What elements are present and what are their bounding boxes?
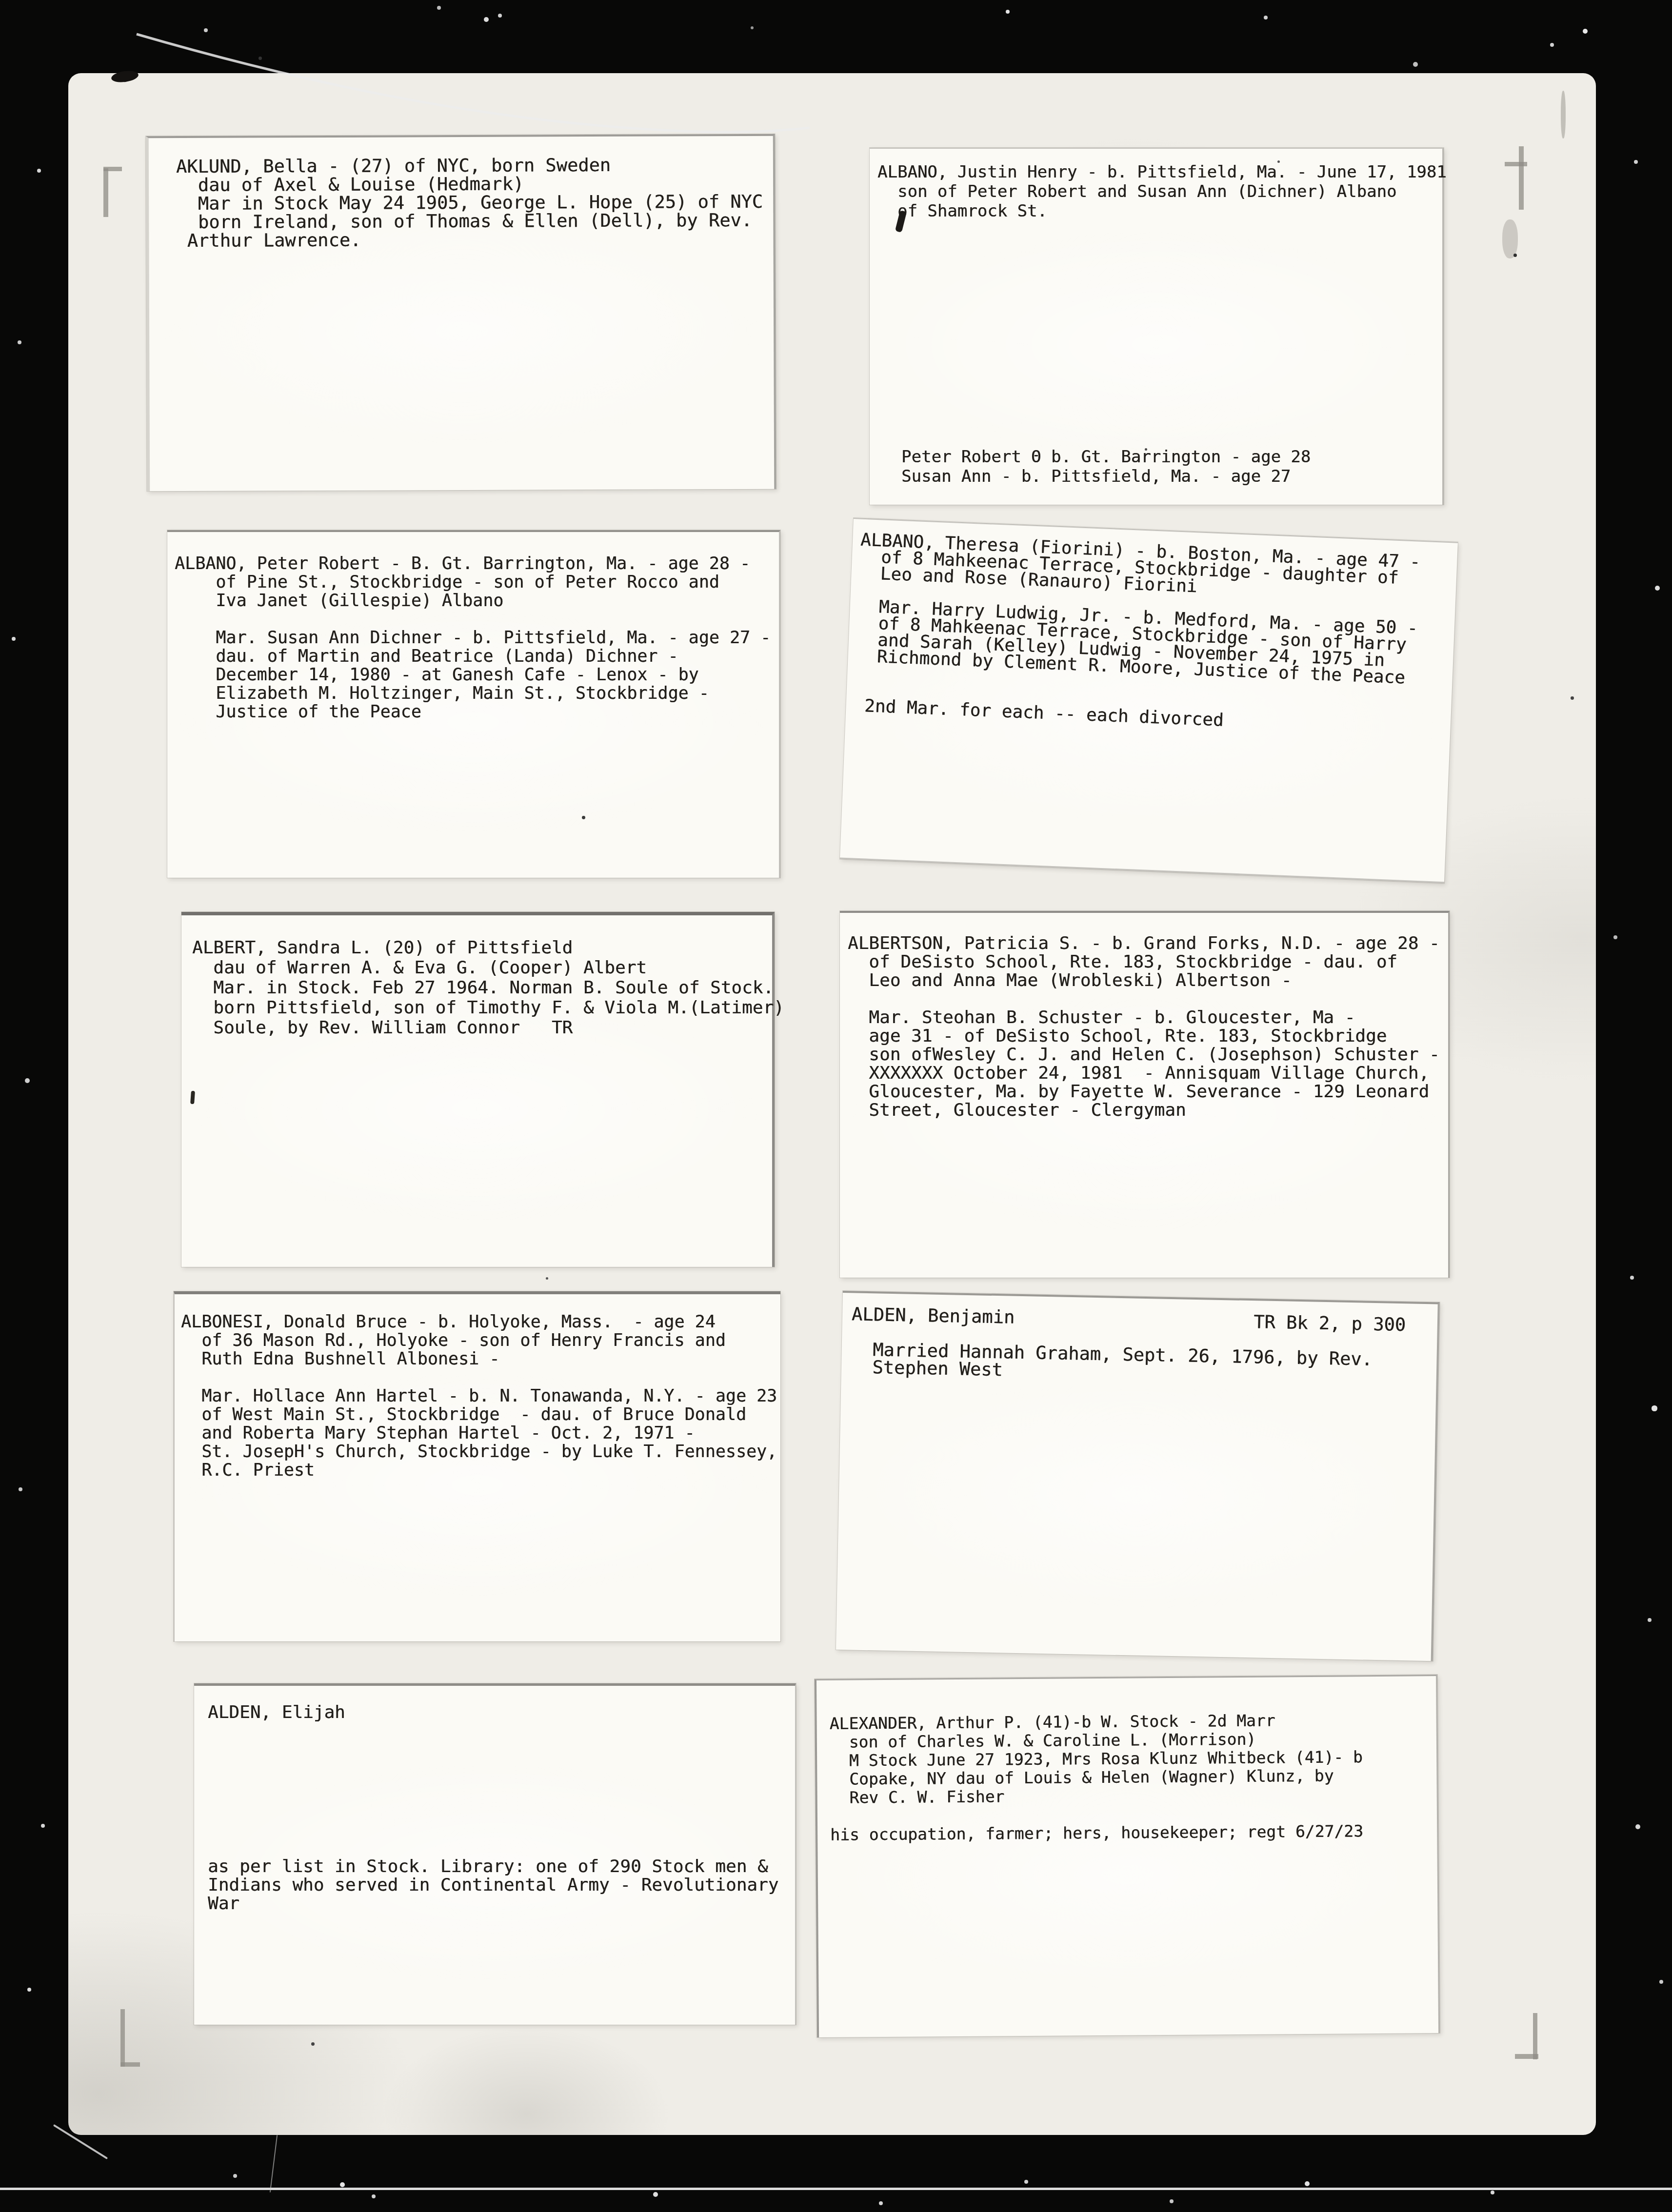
card-footer-text: as per list in Stock. Library: one of 29…: [208, 1857, 778, 1913]
registration-mark: [1515, 2054, 1538, 2059]
index-card-albert-sandra: ALBERT, Sandra L. (20) of Pittsfield dau…: [181, 912, 775, 1267]
index-card-albano-justin-henry: ALBANO, Justin Henry - b. Pittsfield, Ma…: [870, 148, 1444, 505]
registration-mark: [1533, 2013, 1537, 2059]
index-card-alden-elijah: ALDEN, Elijah as per list in Stock. Libr…: [194, 1683, 796, 2025]
card-text: ALBONESI, Donald Bruce - b. Holyoke, Mas…: [175, 1294, 780, 1480]
card-text: ALBANO, Peter Robert - B. Gt. Barrington…: [167, 532, 779, 721]
film-scratch-line: [0, 2188, 1672, 2190]
registration-mark: [120, 2062, 140, 2067]
page-smudge: [1502, 219, 1518, 258]
card-footer-text: Peter Robert Θ b. Gt. Barrington - age 2…: [901, 447, 1311, 486]
index-card-alden-benjamin: ALDEN, Benjamin TR Bk 2, p 300 Married H…: [836, 1291, 1440, 1661]
card-text: ALBERT, Sandra L. (20) of Pittsfield dau…: [181, 915, 772, 1038]
index-card-albano-theresa: ALBANO, Theresa (Fiorini) - b. Boston, M…: [840, 518, 1458, 883]
index-card-albano-peter-robert: ALBANO, Peter Robert - B. Gt. Barrington…: [167, 530, 780, 878]
registration-mark: [1505, 162, 1527, 166]
registration-mark: [1519, 146, 1524, 210]
card-text: ALBERTSON, Patricia S. - b. Grand Forks,…: [840, 913, 1448, 1120]
page-smudge: [1561, 91, 1566, 138]
index-card-albonesi-donald: ALBONESI, Donald Bruce - b. Holyoke, Mas…: [174, 1291, 780, 1641]
card-text: ALDEN, Benjamin TR Bk 2, p 300 Married H…: [841, 1293, 1438, 1387]
index-card-aklund-bella: AKLUND, Bella - (27) of NYC, born Sweden…: [146, 134, 776, 491]
card-text: ALBANO, Justin Henry - b. Pittsfield, Ma…: [870, 149, 1442, 221]
microfilm-scan-frame: AKLUND, Bella - (27) of NYC, born Sweden…: [0, 0, 1672, 2212]
card-text: ALEXANDER, Arthur P. (41)-b W. Stock - 2…: [816, 1676, 1437, 1844]
film-scratch: [270, 2135, 278, 2192]
index-card-albertson-patricia: ALBERTSON, Patricia S. - b. Grand Forks,…: [840, 911, 1450, 1278]
registration-mark: [120, 2009, 125, 2067]
film-scratch: [112, 20, 893, 176]
page-fleck-layer: [0, 0, 1, 1]
card-text: ALDEN, Elijah: [194, 1686, 795, 1722]
registration-mark: [103, 168, 108, 217]
card-text: ALBANO, Theresa (Fiorini) - b. Boston, M…: [846, 519, 1458, 738]
index-card-alexander-arthur: ALEXANDER, Arthur P. (41)-b W. Stock - 2…: [815, 1675, 1440, 2037]
